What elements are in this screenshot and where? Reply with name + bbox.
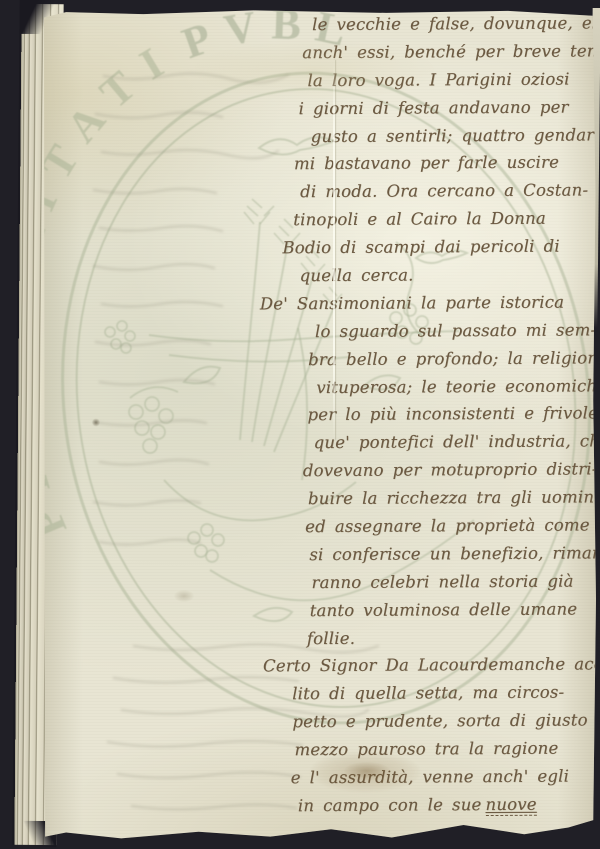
manuscript-line: tinopoli e al Cairo la Donna [293, 205, 600, 235]
manuscript-line: vituperosa; le teorie economiche [316, 372, 600, 402]
manuscript-line: si conferisce un benefizio, rimar- [309, 539, 600, 569]
manuscript-line: ranno celebri nella storia già [311, 567, 600, 597]
handwritten-text: le vecchie e false, dovunque, ebberoanch… [0, 9, 600, 821]
paper-crease [333, 60, 335, 440]
manuscript-line: tanto voluminosa delle umane [310, 595, 600, 625]
manuscript-line: i giorni di festa andavano per [299, 93, 600, 123]
manuscript-line: la loro voga. I Parigini oziosi [307, 65, 600, 95]
manuscript-line: anch' essi, benché per breve tempo [302, 37, 600, 67]
manuscript-line: le vecchie e false, dovunque, ebbero [312, 9, 600, 39]
manuscript-line: bra bello e profondo; la religione [308, 344, 600, 374]
manuscript-line: e l' assurdità, venne anch' egli [291, 762, 600, 792]
manuscript-line: ed assegnare la proprietà come [305, 511, 600, 541]
manuscript-line: lito di quella setta, ma circos- [292, 679, 600, 709]
manuscript-line: mi bastavano per farle uscire [294, 149, 600, 179]
manuscript-line: lo sguardo sul passato mi sem- [315, 316, 600, 346]
manuscript-line: De' Sansimoniani la parte istorica [260, 288, 600, 318]
manuscript-line: que' pontefici dell' industria, che [314, 428, 600, 458]
manuscript-line: Bodio di scampi dai pericoli di [282, 232, 600, 262]
manuscript-line: in campo con le suenuove [298, 790, 600, 820]
manuscript-line: di moda. Ora cercano a Costan- [300, 177, 600, 207]
manuscript-line: Certo Signor Da Lacourdemanche aco- [263, 651, 600, 681]
scanned-manuscript-photo: PROSPERITATI PVBL [0, 0, 600, 849]
manuscript-line: dovevano per motuproprio distri- [303, 456, 600, 486]
underlined-word: nuove [485, 795, 536, 816]
manuscript-line: per lo più inconsistenti e frivole [307, 400, 600, 430]
manuscript-line: follie. [307, 623, 600, 653]
manuscript-line: buire la ricchezza tra gli uomini [308, 483, 600, 513]
manuscript-line: quella cerca. [300, 260, 600, 290]
manuscript-page: PROSPERITATI PVBL [44, 10, 596, 840]
manuscript-line: mezzo pauroso tra la ragione [294, 734, 600, 764]
manuscript-line: gusto a sentirli; quattro gendar- [311, 121, 600, 151]
manuscript-line: petto e prudente, sorta di giusto [292, 707, 600, 737]
